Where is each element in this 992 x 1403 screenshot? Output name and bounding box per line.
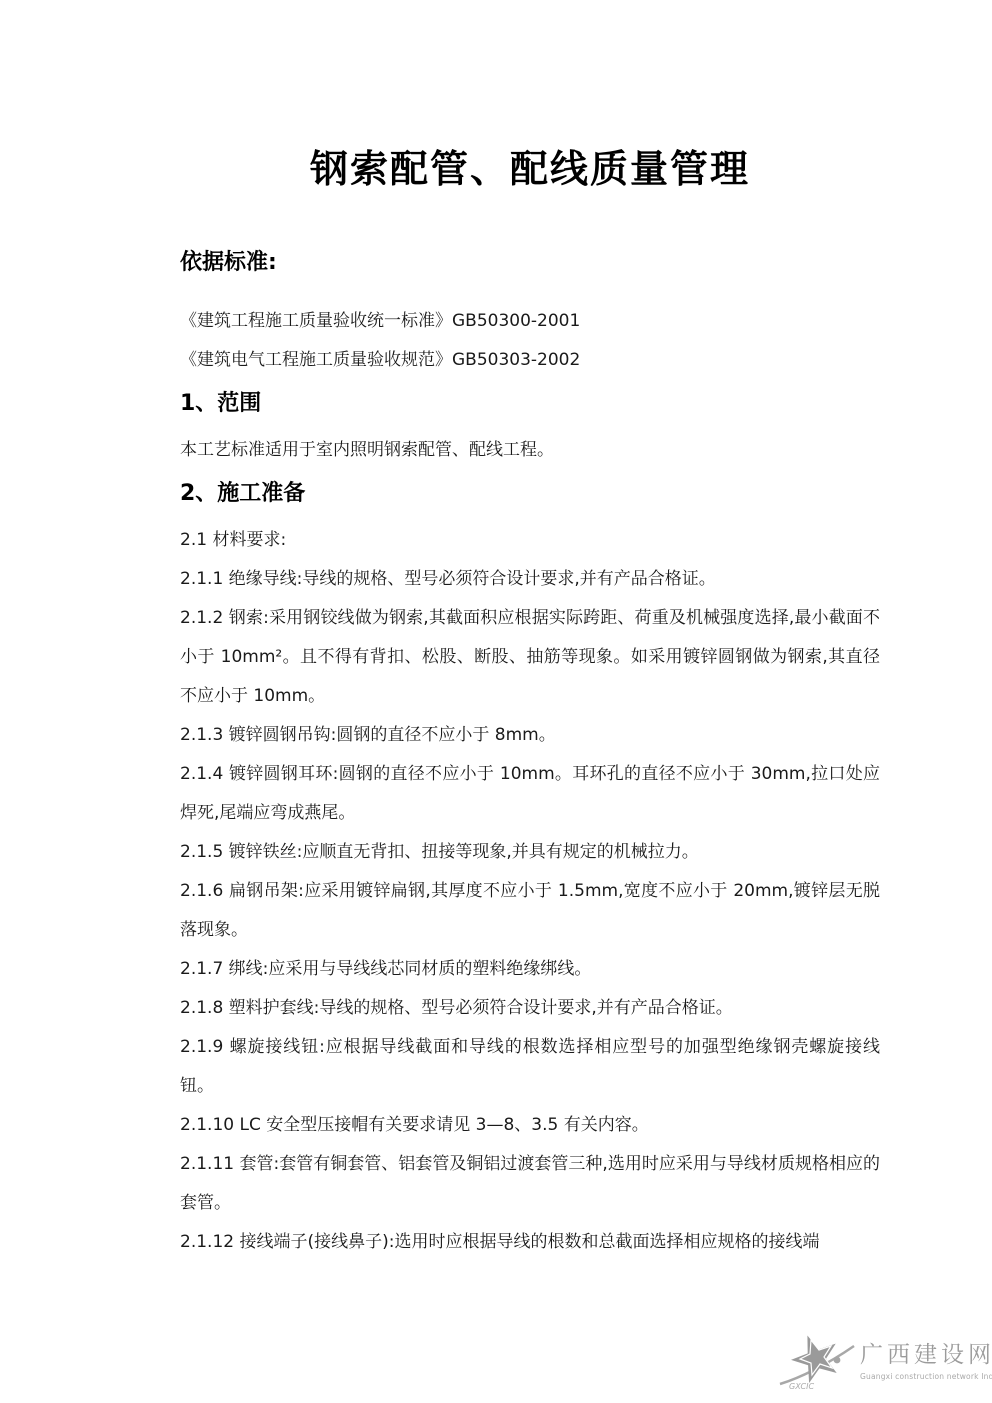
document-content: 钢索配管、配线质量管理 依据标准: 《建筑工程施工质量验收统一标准》GB5030… xyxy=(180,0,880,1262)
para-2-1-9: 2.1.9 螺旋接线钮:应根据导线截面和导线的根数选择相应型号的加强型绝缘钢壳螺… xyxy=(180,1028,880,1106)
watermark-text-block: 广西建设网 Guangxi construction network Indus… xyxy=(860,1341,992,1381)
star-logo-icon: GXCIC xyxy=(776,1332,858,1394)
para-2-1-4: 2.1.4 镀锌圆钢耳环:圆钢的直径不应小于 10mm。耳环孔的直径不应小于 3… xyxy=(180,755,880,833)
standard-reference-2: 《建筑电气工程施工质量验收规范》GB50303-2002 xyxy=(180,341,880,380)
para-2-1-11: 2.1.11 套管:套管有铜套管、铝套管及铜铝过渡套管三种,选用时应采用与导线材… xyxy=(180,1145,880,1223)
section-1-heading: 1、范围 xyxy=(180,389,880,419)
watermark-tagline: Guangxi construction network Industry Ed… xyxy=(860,1372,992,1381)
para-2-1-5: 2.1.5 镀锌铁丝:应顺直无背扣、扭接等现象,并具有规定的机械拉力。 xyxy=(180,833,880,872)
para-2-1-12: 2.1.12 接线端子(接线鼻子):选用时应根据导线的根数和总截面选择相应规格的… xyxy=(180,1223,880,1262)
logo-mark-text: GXCIC xyxy=(789,1382,814,1391)
site-watermark: GXCIC 广西建设网 Guangxi construction network… xyxy=(776,1332,981,1396)
para-2-1-7: 2.1.7 绑线:应采用与导线线芯同材质的塑料绝缘绑线。 xyxy=(180,950,880,989)
document-title: 钢索配管、配线质量管理 xyxy=(180,146,880,192)
standards-heading: 依据标准: xyxy=(180,248,880,278)
para-2-1-6: 2.1.6 扁钢吊架:应采用镀锌扁钢,其厚度不应小于 1.5mm,宽度不应小于 … xyxy=(180,872,880,950)
para-2-1-3: 2.1.3 镀锌圆钢吊钩:圆钢的直径不应小于 8mm。 xyxy=(180,716,880,755)
para-2-1-1: 2.1.1 绝缘导线:导线的规格、型号必须符合设计要求,并有产品合格证。 xyxy=(180,560,880,599)
standard-reference-1: 《建筑工程施工质量验收统一标准》GB50300-2001 xyxy=(180,302,880,341)
para-2-1-10: 2.1.10 LC 安全型压接帽有关要求请见 3—8、3.5 有关内容。 xyxy=(180,1106,880,1145)
para-2-1-8: 2.1.8 塑料护套线:导线的规格、型号必须符合设计要求,并有产品合格证。 xyxy=(180,989,880,1028)
document-page: 钢索配管、配线质量管理 依据标准: 《建筑工程施工质量验收统一标准》GB5030… xyxy=(0,0,992,1403)
watermark-brand: 广西建设网 xyxy=(860,1341,992,1369)
section-1-body: 本工艺标准适用于室内照明钢索配管、配线工程。 xyxy=(180,431,880,470)
para-2-1-2: 2.1.2 钢索:采用钢铰线做为钢索,其截面积应根据实际跨距、荷重及机械强度选择… xyxy=(180,599,880,716)
section-2-heading: 2、施工准备 xyxy=(180,479,880,509)
logo-dot-icon xyxy=(834,1357,841,1364)
para-2-1: 2.1 材料要求: xyxy=(180,521,880,560)
